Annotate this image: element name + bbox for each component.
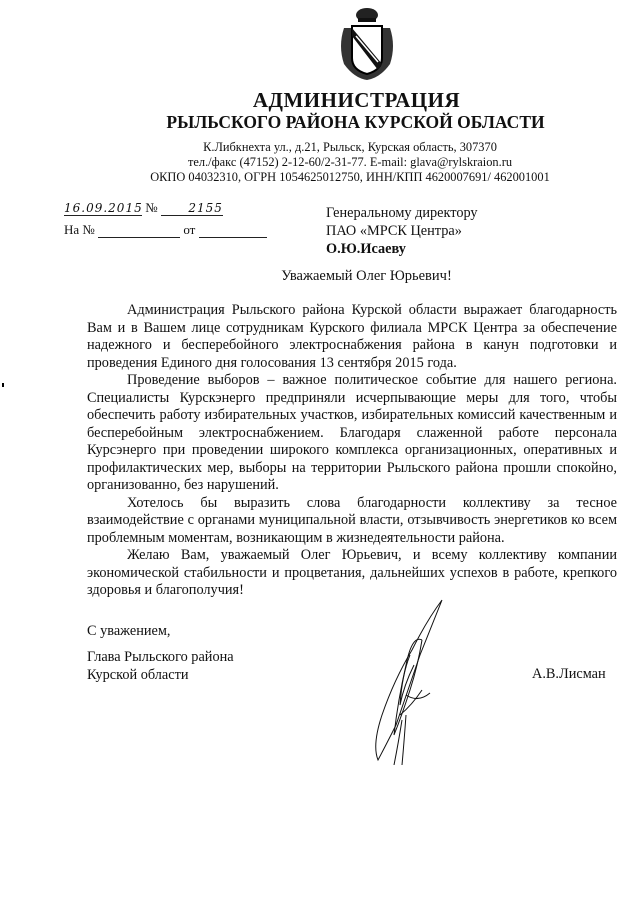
number-label: № — [145, 200, 157, 215]
outgoing-number: 2155 — [161, 201, 223, 216]
outgoing-reference-row: 16.09.2015 № 2155 — [64, 200, 294, 222]
organization-subtitle: РЫЛЬСКОГО РАЙОНА КУРСКОЙ ОБЛАСТИ — [0, 112, 623, 133]
from-label: от — [183, 222, 195, 237]
signer-position-line2: Курской области — [87, 666, 234, 684]
outgoing-date: 16.09.2015 — [64, 201, 142, 216]
recipient-company: ПАО «МРСК Центра» — [326, 222, 478, 240]
body-paragraph: Проведение выборов – важное политическое… — [87, 372, 617, 495]
registration-codes-line: ОКПО 04032310, ОГРН 1054625012750, ИНН/К… — [150, 170, 550, 185]
letterhead-contacts: К.Либкнехта ул., д.21, Рыльск, Курская о… — [150, 140, 550, 185]
signature-icon — [372, 595, 447, 765]
letter-body: Администрация Рыльского района Курской о… — [87, 302, 617, 600]
recipient-block: Генеральному директору ПАО «МРСК Центра»… — [326, 204, 478, 258]
recipient-name: О.Ю.Исаеву — [326, 240, 478, 258]
reply-to-date-field — [199, 223, 267, 238]
signer-position: Глава Рыльского района Курской области — [87, 648, 234, 684]
body-paragraph: Хотелось бы выразить слова благодарности… — [87, 495, 617, 548]
reply-to-label: На № — [64, 222, 95, 237]
incoming-reference-row: На № от — [64, 222, 294, 244]
signer-position-line1: Глава Рыльского района — [87, 648, 234, 666]
reply-to-number-field — [98, 223, 180, 238]
phone-email-line: тел./факс (47152) 2-12-60/2-31-77. E-mai… — [150, 155, 550, 170]
recipient-title: Генеральному директору — [326, 204, 478, 222]
body-paragraph: Администрация Рыльского района Курской о… — [87, 302, 617, 372]
organization-title: АДМИНИСТРАЦИЯ — [0, 88, 623, 113]
body-paragraph: Желаю Вам, уважаемый Олег Юрьевич, и все… — [87, 547, 617, 600]
coat-of-arms-icon — [336, 6, 398, 82]
salutation: Уважаемый Олег Юрьевич! — [0, 268, 623, 285]
address-line: К.Либкнехта ул., д.21, Рыльск, Курская о… — [150, 140, 550, 155]
signer-name: А.В.Лисман — [532, 666, 606, 683]
reference-block: 16.09.2015 № 2155 На № от — [64, 200, 294, 244]
closing-phrase: С уважением, — [87, 622, 170, 640]
scan-speck — [2, 383, 4, 387]
